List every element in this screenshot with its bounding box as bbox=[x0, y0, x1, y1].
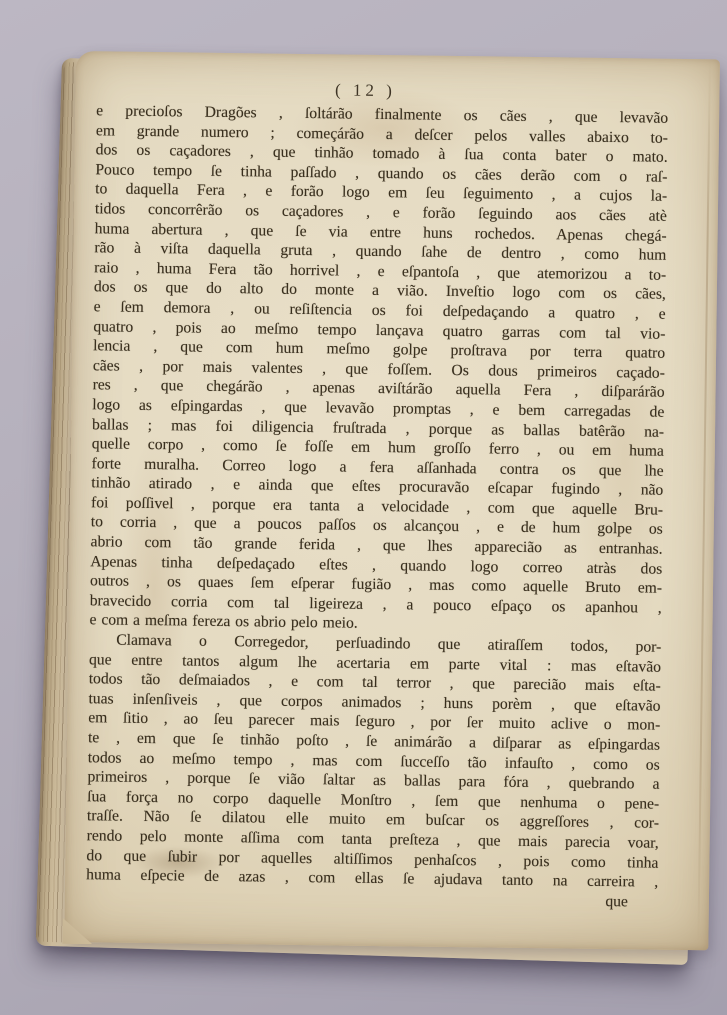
book-page: ( 12 ) e precioſos Dragões , ſoltárão fi… bbox=[64, 51, 720, 950]
photo-backdrop: ( 12 ) e precioſos Dragões , ſoltárão fi… bbox=[0, 0, 727, 1015]
worn-corner bbox=[62, 918, 92, 944]
text-block: e precioſos Dragões , ſoltárão finalment… bbox=[86, 101, 668, 912]
page-number: ( 12 ) bbox=[75, 77, 655, 105]
